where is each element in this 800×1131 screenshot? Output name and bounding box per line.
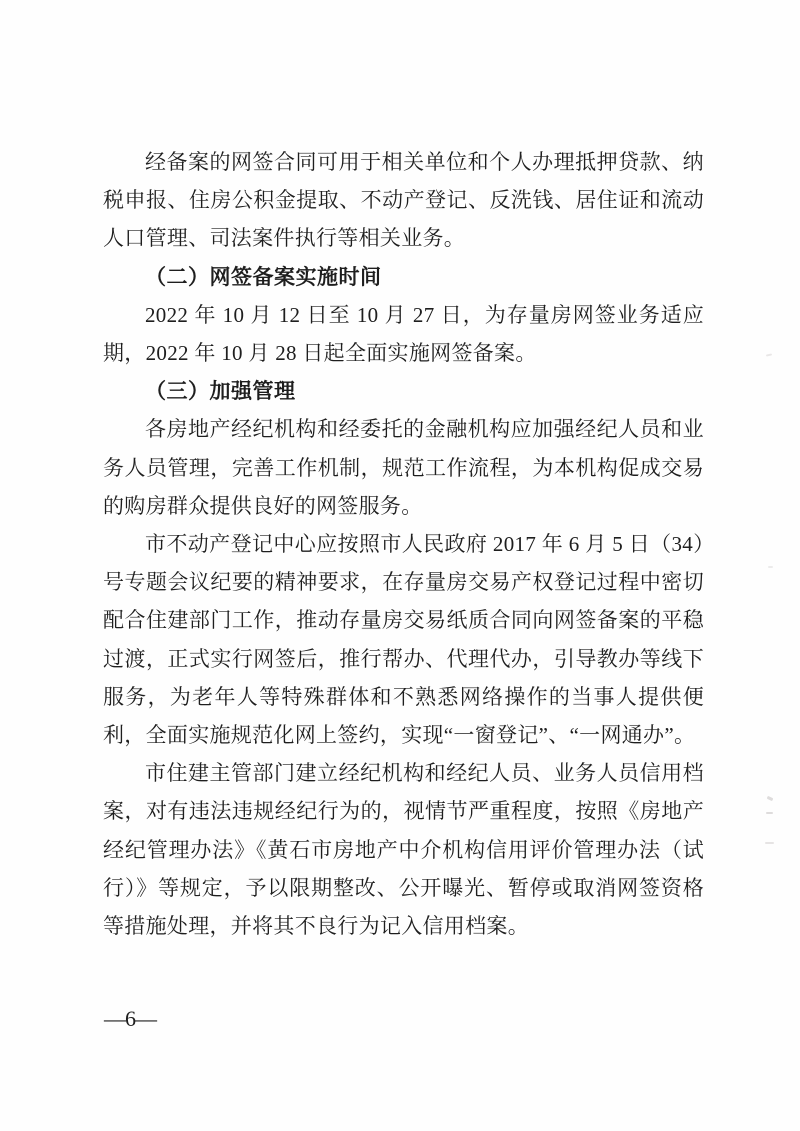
section-heading-implementation-time: （二）网签备案实施时间 <box>103 258 704 296</box>
section-heading-strengthen-management: （三）加强管理 <box>103 372 704 410</box>
scan-artifact <box>766 812 773 814</box>
paragraph-credit-archive: 市住建主管部门建立经纪机构和经纪人员、业务人员信用档案，对有违法违规经纪行为的，… <box>103 754 704 945</box>
paragraph-agency-management: 各房地产经纪机构和经委托的金融机构应加强经纪人员和业务人员管理，完善工作机制，规… <box>103 410 704 525</box>
scan-artifact <box>766 353 772 356</box>
document-body: 经备案的网签合同可用于相关单位和个人办理抵押贷款、纳税申报、住房公积金提取、不动… <box>103 143 704 945</box>
document-page: 经备案的网签合同可用于相关单位和个人办理抵押贷款、纳税申报、住房公积金提取、不动… <box>0 0 800 1131</box>
paragraph-usage-of-contract: 经备案的网签合同可用于相关单位和个人办理抵押贷款、纳税申报、住房公积金提取、不动… <box>103 143 704 258</box>
page-number: —6— <box>104 1004 156 1034</box>
scan-artifact <box>768 566 773 568</box>
scan-artifact <box>767 796 774 801</box>
paragraph-implementation-dates: 2022 年 10 月 12 日至 10 月 27 日，为存量房网签业务适应期，… <box>103 296 704 372</box>
paragraph-registration-center: 市不动产登记中心应按照市人民政府 2017 年 6 月 5 日（34）号专题会议… <box>103 525 704 754</box>
scan-artifact <box>765 842 774 844</box>
